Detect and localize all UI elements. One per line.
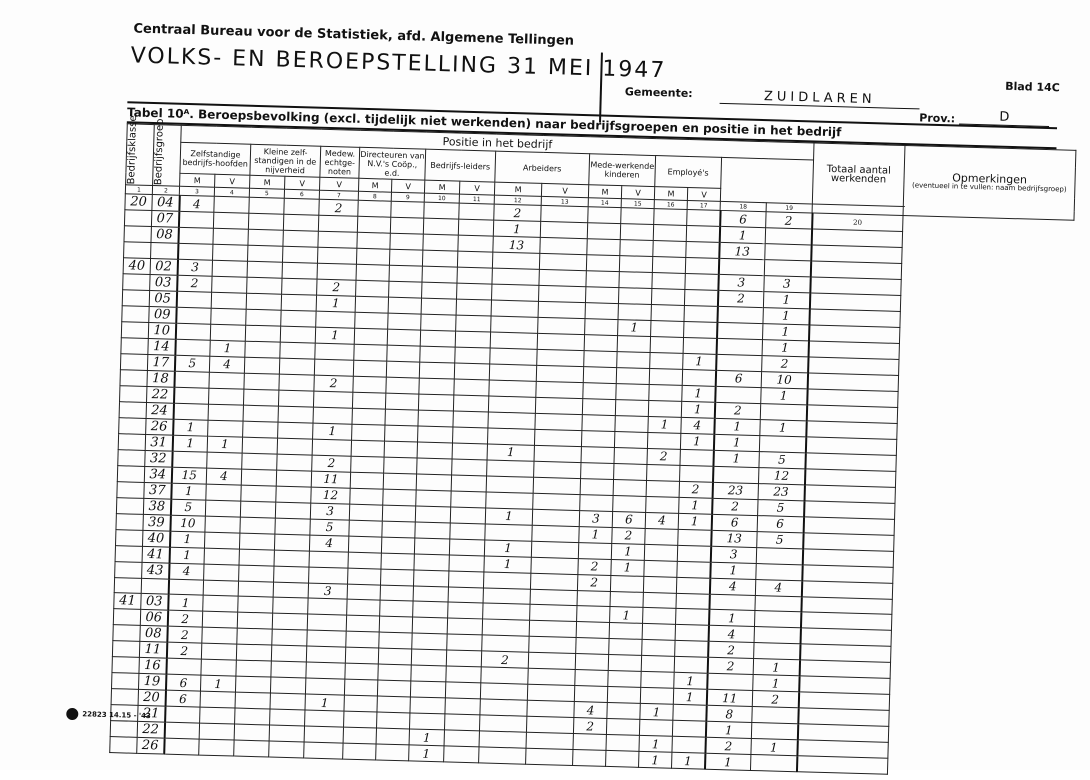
bedrijfsgroep-cell: 08 (140, 625, 167, 642)
value-cell-col-17: 1 (672, 752, 705, 769)
value-cell-col-17 (672, 736, 705, 753)
value-cell-col-19 (754, 643, 800, 660)
value-cell-col-7 (314, 359, 353, 376)
value-cell-col-3: 5 (170, 499, 205, 516)
value-cell-col-17 (680, 449, 713, 466)
value-cell-col-10 (418, 410, 453, 427)
value-cell-col-9 (391, 201, 424, 218)
value-cell-col-18: 6 (720, 210, 766, 227)
value-cell-col-14 (584, 350, 617, 367)
value-cell-col-13 (540, 221, 587, 238)
value-cell-col-9 (388, 297, 421, 314)
value-cell-col-6 (279, 358, 314, 375)
bedrijfsklasse-cell (110, 721, 137, 738)
value-cell-col-18 (709, 594, 755, 611)
bedrijfsklasse-cell (119, 401, 146, 418)
value-cell-col-3: 2 (177, 275, 212, 292)
value-cell-col-15 (614, 431, 647, 448)
value-cell-col-12 (479, 731, 526, 748)
value-cell-col-12 (488, 396, 535, 413)
value-cell-col-7 (307, 614, 346, 631)
value-cell-col-5 (243, 389, 278, 406)
group-header: Medew. echtge-noten (320, 146, 360, 178)
value-cell-col-3: 6 (165, 674, 200, 691)
value-cell-col-5 (246, 309, 281, 326)
value-cell-col-8 (351, 456, 384, 473)
value-cell-col-15: 1 (611, 559, 644, 576)
value-cell-col-15: 1 (611, 543, 644, 560)
value-cell-col-15 (610, 575, 643, 592)
value-cell-col-7 (305, 710, 344, 727)
value-cell-col-15: 1 (610, 606, 643, 623)
value-cell-col-17: 1 (683, 353, 716, 370)
value-cell-col-6 (271, 661, 306, 678)
value-cell-col-17 (676, 608, 709, 625)
value-cell-col-14 (576, 638, 609, 655)
value-cell-col-5 (243, 405, 278, 422)
value-cell-col-13 (534, 461, 581, 478)
value-cell-col-19: 4 (755, 579, 801, 596)
value-cell-col-11 (456, 315, 491, 332)
bedrijfsklasse-cell (116, 497, 143, 514)
value-cell-col-5 (248, 245, 283, 261)
value-cell-col-6 (283, 214, 318, 231)
value-cell-col-16 (640, 687, 673, 704)
value-cell-col-16 (653, 241, 686, 258)
bedrijfsgroep-cell: 06 (140, 609, 167, 626)
value-cell-col-5 (241, 485, 276, 502)
value-cell-col-9 (390, 217, 423, 234)
value-cell-col-5 (243, 421, 278, 438)
print-code: 22823 14.15 - '43 (66, 708, 151, 722)
value-cell-col-3: 2 (167, 626, 202, 643)
value-cell-col-5 (244, 357, 279, 374)
value-cell-col-12: 1 (484, 555, 531, 572)
value-cell-col-16 (646, 496, 679, 513)
value-cell-col-14 (577, 606, 610, 623)
value-cell-col-9 (376, 744, 409, 761)
value-cell-col-14 (583, 382, 616, 399)
value-cell-col-4 (206, 484, 241, 501)
bedrijfsklasse-cell: 41 (114, 593, 141, 610)
value-cell-col-16 (641, 655, 674, 672)
value-cell-col-18: 2 (714, 402, 760, 419)
value-cell-col-11 (459, 203, 494, 220)
value-cell-col-6 (276, 470, 311, 487)
value-cell-col-14 (585, 318, 618, 335)
value-cell-col-14 (582, 398, 615, 415)
bedrijfsklasse-cell (124, 226, 151, 243)
value-cell-col-11 (450, 506, 485, 523)
value-cell-col-18: 6 (715, 370, 761, 387)
value-cell-col-3: 15 (171, 467, 206, 484)
value-cell-col-17 (686, 241, 719, 258)
value-cell-col-15 (608, 654, 641, 671)
value-cell-col-9 (389, 281, 422, 298)
value-cell-col-5 (244, 373, 279, 390)
value-cell-col-11 (458, 235, 493, 252)
value-cell-col-11 (445, 682, 480, 699)
value-cell-col-15 (619, 271, 652, 288)
bedrijfsklasse-cell (123, 273, 150, 290)
value-cell-col-9 (384, 457, 417, 474)
value-cell-col-6 (281, 294, 316, 311)
value-cell-col-3 (178, 243, 213, 259)
value-cell-col-3: 1 (173, 419, 208, 436)
value-cell-col-19 (752, 706, 798, 723)
value-cell-col-18 (718, 258, 764, 275)
value-cell-col-12 (492, 252, 539, 269)
value-cell-col-13 (528, 652, 575, 669)
value-cell-col-19 (760, 403, 806, 420)
value-cell-col-14 (573, 734, 606, 751)
value-cell-col-3: 10 (170, 515, 205, 532)
value-cell-col-14 (581, 462, 614, 479)
value-cell-col-12 (486, 475, 533, 492)
value-cell-col-9 (376, 728, 409, 745)
value-cell-col-3 (173, 403, 208, 420)
totaal-header: Totaal aantal werkenden (812, 143, 905, 207)
value-cell-col-6 (277, 454, 312, 471)
value-cell-col-4 (199, 723, 234, 740)
bedrijfsklasse-cell (122, 289, 149, 306)
value-cell-col-19: 3 (764, 275, 810, 292)
value-cell-col-12 (488, 412, 535, 429)
value-cell-col-18: 1 (713, 450, 759, 467)
value-cell-col-4 (211, 292, 246, 309)
value-cell-col-14 (586, 255, 619, 271)
value-cell-col-18: 3 (718, 274, 764, 291)
form-title: VOLKS- EN BEROEPSTELLING 31 MEI 1947 (130, 43, 666, 83)
value-cell-col-16 (652, 272, 685, 289)
value-cell-col-14 (577, 590, 610, 606)
value-cell-col-4 (203, 580, 238, 596)
bedrijfsklasse-cell (114, 577, 141, 593)
value-cell-col-14: 1 (579, 526, 612, 543)
value-cell-col-9 (386, 377, 419, 394)
value-cell-col-18: 4 (708, 625, 754, 642)
value-cell-col-15 (607, 686, 640, 703)
value-cell-col-13 (539, 285, 586, 302)
value-cell-col-7: 3 (308, 583, 347, 600)
value-cell-col-19: 1 (763, 307, 809, 324)
value-cell-col-4: 4 (206, 468, 241, 485)
value-cell-col-13 (533, 477, 580, 494)
value-cell-col-6 (269, 741, 304, 758)
value-cell-col-16 (644, 544, 677, 561)
value-cell-col-6 (278, 406, 313, 423)
value-cell-col-16 (648, 400, 681, 417)
value-cell-col-11 (446, 650, 481, 667)
value-cell-col-9 (389, 265, 422, 282)
bedrijfsgroep-cell: 38 (143, 498, 170, 515)
value-cell-col-14 (585, 286, 618, 303)
value-cell-col-12 (492, 284, 539, 301)
group-header: Arbeiders (495, 151, 590, 185)
value-cell-col-12: 2 (481, 651, 528, 668)
value-cell-col-9 (381, 553, 414, 570)
bedrijfsgroep-cell: 07 (151, 211, 178, 228)
gemeente-value: ZUIDLAREN (720, 88, 920, 110)
value-cell-col-16 (654, 209, 687, 226)
value-cell-col-19 (764, 260, 810, 277)
bedrijfsklasse-cell (118, 433, 145, 450)
value-cell-col-7: 5 (310, 519, 349, 536)
value-cell-col-4: 1 (210, 340, 245, 357)
value-cell-col-9 (377, 712, 410, 729)
value-cell-col-16 (652, 257, 685, 273)
value-cell-col-16 (653, 225, 686, 242)
value-cell-col-6 (271, 645, 306, 662)
value-cell-col-9 (386, 361, 419, 378)
value-cell-col-16: 1 (639, 735, 672, 752)
sheet-number: Blad 14C (1005, 80, 1060, 95)
bedrijfsgroep-cell: 18 (147, 370, 174, 387)
value-cell-col-9 (390, 233, 423, 250)
value-cell-col-6 (272, 629, 307, 646)
col-bedrijfsgroep: Bedrijfsgroep (153, 125, 182, 187)
value-cell-col-11 (456, 299, 491, 316)
value-cell-col-8 (347, 599, 380, 616)
value-cell-col-12: 1 (484, 539, 531, 556)
bedrijfsklasse-cell (117, 481, 144, 498)
value-cell-col-15: 2 (612, 527, 645, 544)
value-cell-col-17 (673, 704, 706, 721)
value-cell-col-18: 6 (711, 514, 757, 531)
value-cell-col-8 (344, 695, 377, 712)
bedrijfsklasse-cell (115, 545, 142, 562)
value-cell-col-16 (650, 352, 683, 369)
value-cell-col-11 (457, 251, 492, 267)
value-cell-col-12 (487, 427, 534, 444)
value-cell-col-3 (174, 387, 209, 404)
bedrijfsgroep-cell: 31 (145, 434, 172, 451)
bedrijfsgroep-cell: 26 (137, 737, 164, 754)
value-cell-col-12 (479, 747, 526, 764)
value-cell-col-15 (618, 303, 651, 320)
value-cell-col-13 (536, 365, 583, 382)
sex-header: M (250, 175, 285, 189)
bedrijfsgroep-cell: 26 (146, 418, 173, 435)
value-cell-col-8 (357, 232, 390, 249)
bedrijfsgroep-cell: 22 (147, 386, 174, 403)
value-cell-col-10 (412, 633, 447, 650)
value-cell-col-5 (249, 197, 284, 214)
value-cell-col-4 (211, 308, 246, 325)
value-cell-col-6 (270, 709, 305, 726)
bedrijfsgroep-cell: 24 (146, 402, 173, 419)
bedrijfsgroep-cell: 11 (139, 641, 166, 658)
sex-header: V (687, 187, 720, 201)
value-cell-col-8 (355, 312, 388, 329)
value-cell-col-17: 1 (680, 433, 713, 450)
value-cell-col-6 (274, 550, 309, 567)
value-cell-col-11 (444, 730, 479, 747)
value-cell-col-3: 1 (172, 435, 207, 452)
value-cell-col-17 (674, 656, 707, 673)
value-cell-col-8 (349, 504, 382, 521)
value-cell-col-15 (613, 479, 646, 496)
value-cell-col-17 (684, 305, 717, 322)
value-cell-col-12 (490, 332, 537, 349)
value-cell-col-13 (526, 716, 573, 733)
value-cell-col-10 (411, 649, 446, 666)
value-cell-col-13 (530, 604, 577, 621)
value-cell-col-15 (616, 383, 649, 400)
value-cell-col-19 (754, 611, 800, 628)
value-cell-col-3 (168, 579, 203, 595)
value-cell-col-3 (165, 706, 200, 723)
value-cell-col-3: 2 (166, 642, 201, 659)
value-cell-col-17 (676, 593, 709, 609)
value-cell-col-16 (647, 464, 680, 481)
value-cell-col-17: 1 (674, 672, 707, 689)
bedrijfsklasse-cell (112, 657, 139, 674)
value-cell-col-19 (759, 435, 805, 452)
value-cell-col-9 (381, 569, 414, 586)
value-cell-col-7 (317, 247, 356, 264)
bedrijfsgroep-cell: 32 (145, 450, 172, 467)
value-cell-col-19: 1 (760, 419, 806, 436)
value-cell-col-3: 1 (171, 483, 206, 500)
value-cell-col-10 (423, 234, 458, 251)
value-cell-col-10 (410, 697, 445, 714)
value-cell-col-8 (343, 743, 376, 760)
value-cell-col-6 (269, 725, 304, 742)
value-cell-col-8 (354, 344, 387, 361)
value-cell-col-13 (527, 684, 574, 701)
bedrijfsgroep-cell: 14 (148, 338, 175, 355)
value-cell-col-7: 1 (305, 694, 344, 711)
value-cell-col-3 (174, 371, 209, 388)
value-cell-col-14 (585, 302, 618, 319)
value-cell-col-3: 4 (179, 195, 214, 212)
value-cell-col-13 (536, 381, 583, 398)
value-cell-col-19: 2 (762, 355, 808, 372)
value-cell-col-11 (453, 411, 488, 428)
value-cell-col-18: 1 (705, 721, 751, 738)
value-cell-col-17 (685, 273, 718, 290)
value-cell-col-15 (606, 734, 639, 751)
value-cell-col-4 (213, 228, 248, 245)
value-cell-col-17 (672, 720, 705, 737)
value-cell-col-9 (389, 249, 422, 265)
value-cell-col-6 (273, 597, 308, 614)
value-cell-col-7 (317, 263, 356, 280)
sex-header: V (391, 179, 424, 193)
value-cell-col-12 (486, 491, 533, 508)
value-cell-col-14 (584, 334, 617, 351)
value-cell-col-19: 5 (758, 499, 804, 516)
value-cell-col-10 (420, 346, 455, 363)
value-cell-col-14: 2 (578, 558, 611, 575)
value-cell-col-16 (651, 288, 684, 305)
sex-header: M (654, 187, 687, 201)
value-cell-col-7 (309, 567, 348, 584)
value-cell-col-11 (447, 618, 482, 635)
value-cell-col-16 (645, 528, 678, 545)
value-cell-col-15 (615, 399, 648, 416)
value-cell-col-15 (608, 670, 641, 687)
bedrijfsklasse-cell (112, 641, 139, 658)
value-cell-col-17: 1 (681, 401, 714, 418)
value-cell-col-18: 23 (712, 482, 758, 499)
value-cell-col-4 (200, 691, 235, 708)
value-cell-col-13 (528, 668, 575, 685)
value-cell-col-14: 2 (577, 574, 610, 591)
value-cell-col-10 (422, 250, 457, 266)
value-cell-col-18 (713, 466, 759, 483)
value-cell-col-8 (353, 376, 386, 393)
value-cell-col-5 (245, 341, 280, 358)
value-cell-col-18: 1 (714, 418, 760, 435)
value-cell-col-19 (765, 228, 811, 245)
value-cell-col-4 (202, 611, 237, 628)
value-cell-col-18: 3 (710, 546, 756, 563)
value-cell-col-5 (237, 612, 272, 629)
value-cell-col-8 (353, 360, 386, 377)
value-cell-col-4 (214, 196, 249, 213)
value-cell-col-18: 4 (709, 578, 755, 595)
value-cell-col-7 (305, 678, 344, 695)
value-cell-col-19 (751, 722, 797, 739)
value-cell-col-5 (242, 437, 277, 454)
bedrijfsklasse-cell (121, 337, 148, 354)
value-cell-col-13 (541, 205, 588, 222)
value-cell-col-14 (581, 446, 614, 463)
value-cell-col-14 (575, 654, 608, 671)
value-cell-col-8 (348, 552, 381, 569)
value-cell-col-9 (387, 345, 420, 362)
value-cell-col-11 (453, 427, 488, 444)
value-cell-col-10 (416, 490, 451, 507)
value-cell-col-18 (715, 386, 761, 403)
value-cell-col-18 (717, 306, 763, 323)
value-cell-col-10 (416, 474, 451, 491)
value-cell-col-3 (176, 307, 211, 324)
value-cell-col-13 (529, 636, 576, 653)
value-cell-col-15 (613, 495, 646, 512)
value-cell-col-19: 2 (752, 690, 798, 707)
value-cell-col-8 (348, 536, 381, 553)
value-cell-col-19: 2 (766, 212, 812, 229)
value-cell-col-5 (234, 740, 269, 757)
value-cell-col-9 (382, 521, 415, 538)
value-cell-col-6 (282, 262, 317, 279)
value-cell-col-19 (765, 244, 811, 261)
value-cell-col-18 (716, 338, 762, 355)
value-cell-col-7: 2 (319, 199, 358, 216)
value-cell-col-5 (238, 581, 273, 597)
value-cell-col-13 (529, 620, 576, 637)
value-cell-col-16 (639, 719, 672, 736)
value-cell-col-14 (578, 542, 611, 559)
value-cell-col-14 (580, 478, 613, 495)
value-cell-col-19: 5 (757, 531, 803, 548)
value-cell-col-12 (483, 571, 530, 588)
value-cell-col-9 (383, 489, 416, 506)
value-cell-col-8 (349, 520, 382, 537)
value-cell-col-11 (457, 283, 492, 300)
value-cell-col-11 (446, 666, 481, 683)
value-cell-col-19: 1 (763, 291, 809, 308)
value-cell-col-8 (356, 248, 389, 264)
value-cell-col-10 (423, 218, 458, 235)
value-cell-col-9 (380, 600, 413, 617)
bedrijfsgroep-cell: 37 (144, 482, 171, 499)
value-cell-col-14 (581, 430, 614, 447)
value-cell-col-11 (454, 363, 489, 380)
